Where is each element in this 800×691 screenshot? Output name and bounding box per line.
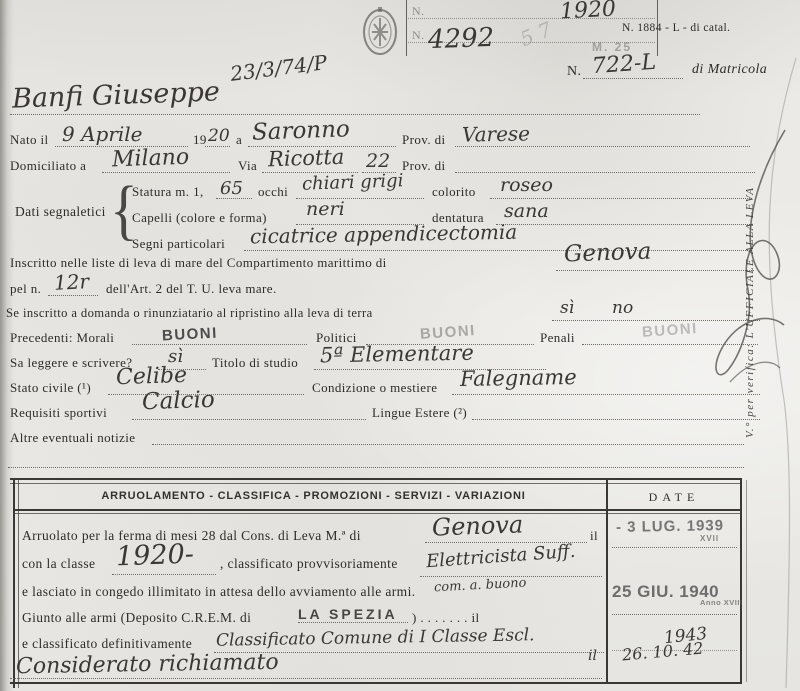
domicile-label: Domiciliato a — [10, 158, 86, 174]
leva-terra-label: Se inscritto a domanda o rinunziatario a… — [6, 306, 373, 321]
giunto-rest-label: ) . . . . . . . il — [412, 610, 480, 626]
statura-label: Statura m. 1, — [132, 184, 204, 200]
considerato-handwritten: Considerato richiamato — [16, 650, 279, 680]
leva-mare-label: Inscritto nelle liste di leva di mare de… — [10, 255, 387, 271]
born-year-handwritten: 20 — [208, 126, 230, 146]
born-year-line — [205, 146, 230, 147]
giunto-label: Giunto alle armi (Deposito C.R.E.M. di — [22, 610, 251, 626]
stato-civile-handwritten: Celibe — [116, 363, 188, 390]
notizie-line — [152, 444, 744, 445]
condizione-handwritten: Falegname — [460, 365, 577, 391]
segni-handwritten: cicatrice appendicectomia — [250, 220, 518, 249]
born-prov-label: Prov. di — [402, 132, 446, 148]
registry-box-line — [408, 18, 655, 19]
considerato-line — [10, 678, 602, 679]
statura-line — [216, 198, 252, 199]
classe-line — [112, 574, 216, 575]
date-col-line1 — [612, 547, 737, 548]
registry-box-left-edge — [406, 0, 407, 56]
studio-label: Titolo di studio — [212, 355, 298, 371]
classificato-provv-label: , classificato provvisoriamente — [220, 556, 398, 572]
class-year-handwritten: 1920 — [559, 0, 616, 24]
notizie-line2 — [8, 467, 744, 468]
occhi-handwritten: chiari grigi — [302, 170, 404, 195]
segni-line — [244, 250, 752, 251]
giunto-line — [298, 622, 408, 623]
leva-terra-no-handwritten: no — [612, 298, 633, 318]
born-day-handwritten: 9 Aprile — [62, 122, 143, 146]
domicile-prov-label: Prov. di — [402, 158, 446, 174]
matricola-n-label: N. — [567, 64, 581, 80]
matricola-label: di Matricola — [692, 62, 767, 78]
arruolato-il-label: il — [590, 528, 598, 544]
leggere-label: Sa leggere e scrivere? — [10, 355, 132, 371]
crest-stamp-icon — [360, 6, 400, 58]
domicile-city-handwritten: Milano — [112, 145, 190, 173]
registry-faint-n: N. — [412, 4, 424, 19]
table-header-rule2 — [14, 513, 742, 514]
congedo-label: e lasciato in congedo illimitato in atte… — [22, 584, 416, 600]
leva-terra-si-handwritten: sì — [560, 298, 574, 318]
table-header-title: ARRUOLAMENTO - CLASSIFICA - PROMOZIONI -… — [26, 490, 601, 502]
sport-handwritten: Calcio — [142, 387, 216, 416]
table-header-rule — [14, 509, 742, 511]
name-line — [10, 114, 700, 115]
arruolato-value-handwritten: Genova — [432, 510, 524, 541]
table-right-rule2 — [746, 480, 747, 682]
deposito-stamp: LA SPEZIA — [298, 606, 398, 622]
richiamato-il-handwritten: il — [588, 648, 597, 664]
registry-faint-n: N. — [412, 28, 424, 43]
born-prov-handwritten: Varese — [462, 121, 530, 146]
classe-handwritten: 1920- — [115, 539, 194, 573]
capelli-handwritten: neri — [306, 198, 345, 220]
lingue-label: Lingue Estere (²) — [372, 405, 467, 421]
stato-civile-label: Stato civile (¹) — [10, 380, 91, 396]
officer-signature — [700, 120, 800, 420]
classificato-def-label: e classificato definitivamente — [22, 636, 192, 652]
street-label: Via — [238, 158, 257, 174]
date-col-line2 — [612, 614, 737, 615]
capelli-label: Capelli (colore e forma) — [132, 210, 267, 226]
born-label: Nato il — [10, 132, 49, 148]
sport-line — [132, 419, 366, 420]
scanned-leva-document: N. N. 4292 5 7 M. 25 1920 N. 1884 - L - … — [0, 0, 800, 691]
morali-stamp: BUONI — [162, 325, 219, 345]
table-bottom-rule — [10, 682, 742, 684]
date-stamp-1940-era: Anno XVIII — [700, 598, 743, 607]
pel-line — [48, 295, 98, 296]
classe-label: con la classe — [22, 556, 95, 572]
table-top-rule2 — [10, 483, 742, 484]
street-handwritten: Ricotta — [268, 145, 345, 172]
precedenti-label: Precedenti: Morali — [10, 330, 114, 346]
sport-label: Requisiti sportivi — [10, 405, 107, 421]
statura-handwritten: 65 — [220, 178, 243, 199]
penali-label: Penali — [540, 330, 575, 346]
pel-number-handwritten: 12r — [53, 269, 89, 295]
matricola-number-handwritten: 722-L — [591, 50, 657, 79]
segnaletici-label: Dati segnaletici — [15, 204, 106, 220]
condizione-label: Condizione o mestiere — [312, 380, 437, 396]
date-stamp-1939-era: XVII — [700, 534, 719, 543]
registry-number-handwritten: 4292 — [427, 23, 494, 55]
morali-line — [132, 344, 307, 345]
occhi-label: occhi — [258, 184, 288, 200]
studio-handwritten: 5ª Elementare — [320, 341, 474, 368]
table-header-date: DATE — [610, 490, 738, 505]
pel-label: pel n. — [10, 281, 41, 297]
colorito-label: colorito — [432, 184, 476, 200]
table-top-rule — [10, 478, 742, 480]
catalog-number: N. 1884 - L - di catal. — [622, 22, 730, 34]
colorito-handwritten: roseo — [500, 174, 553, 196]
pel-rest-label: dell'Art. 2 del T. U. leva mare. — [106, 281, 277, 297]
dentatura-handwritten: sana — [504, 200, 549, 222]
notizie-label: Altre eventuali notizie — [10, 430, 135, 446]
segni-label: Segni particolari — [132, 236, 225, 252]
born-a-label: a — [236, 132, 242, 148]
born-place-handwritten: Saronno — [252, 116, 351, 145]
leva-mare-handwritten: Genova — [564, 238, 652, 267]
street-number-handwritten: 22 — [366, 150, 390, 172]
